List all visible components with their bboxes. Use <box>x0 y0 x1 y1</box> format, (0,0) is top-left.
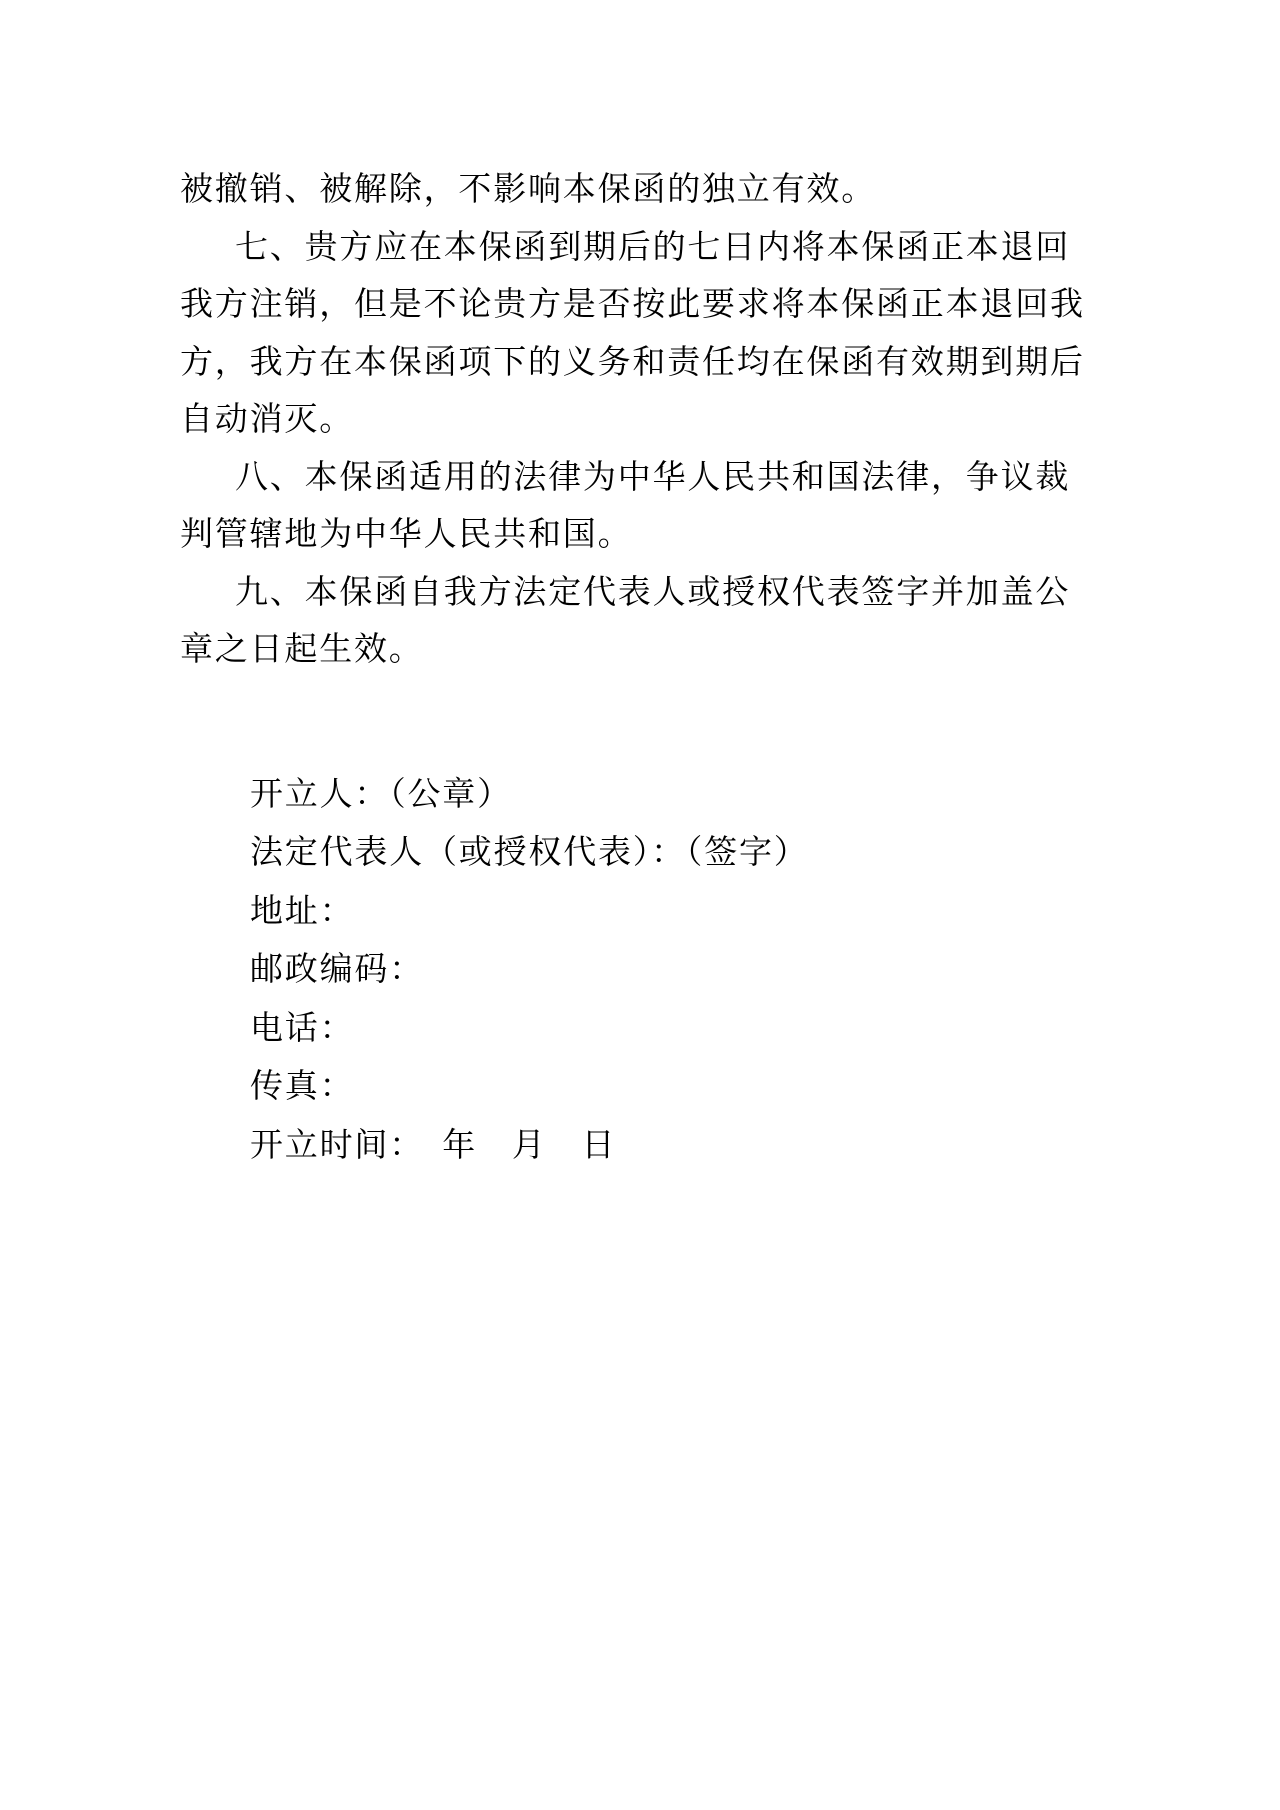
signature-line-telephone: 电话： <box>180 999 1090 1058</box>
document-line: 判管辖地为中华人民共和国。 <box>180 505 1090 563</box>
document-line: 章之日起生效。 <box>180 620 1090 678</box>
signature-block: 开立人：（公章） 法定代表人（或授权代表）：（签字） 地址： 邮政编码： 电话：… <box>180 765 1090 1175</box>
signature-line-issue-date: 开立时间： 年 月 日 <box>180 1116 1090 1175</box>
document-line: 我方注销，但是不论贵方是否按此要求将本保函正本退回我 <box>180 275 1090 333</box>
document-line: 被撤销、被解除，不影响本保函的独立有效。 <box>180 160 1090 218</box>
document-page: 被撤销、被解除，不影响本保函的独立有效。 七、贵方应在本保函到期后的七日内将本保… <box>180 160 1090 1174</box>
document-line-clause-8: 八、本保函适用的法律为中华人民共和国法律，争议裁 <box>180 448 1090 506</box>
document-line: 自动消灭。 <box>180 390 1090 448</box>
signature-line-fax: 传真： <box>180 1057 1090 1116</box>
signature-line-postal-code: 邮政编码： <box>180 940 1090 999</box>
signature-line-issuer: 开立人：（公章） <box>180 765 1090 824</box>
document-line-clause-7: 七、贵方应在本保函到期后的七日内将本保函正本退回 <box>180 218 1090 276</box>
signature-line-address: 地址： <box>180 882 1090 941</box>
document-body: 被撤销、被解除，不影响本保函的独立有效。 七、贵方应在本保函到期后的七日内将本保… <box>180 160 1090 678</box>
document-line: 方，我方在本保函项下的义务和责任均在保函有效期到期后 <box>180 333 1090 391</box>
signature-line-legal-rep: 法定代表人（或授权代表）：（签字） <box>180 823 1090 882</box>
document-line-clause-9: 九、本保函自我方法定代表人或授权代表签字并加盖公 <box>180 563 1090 621</box>
